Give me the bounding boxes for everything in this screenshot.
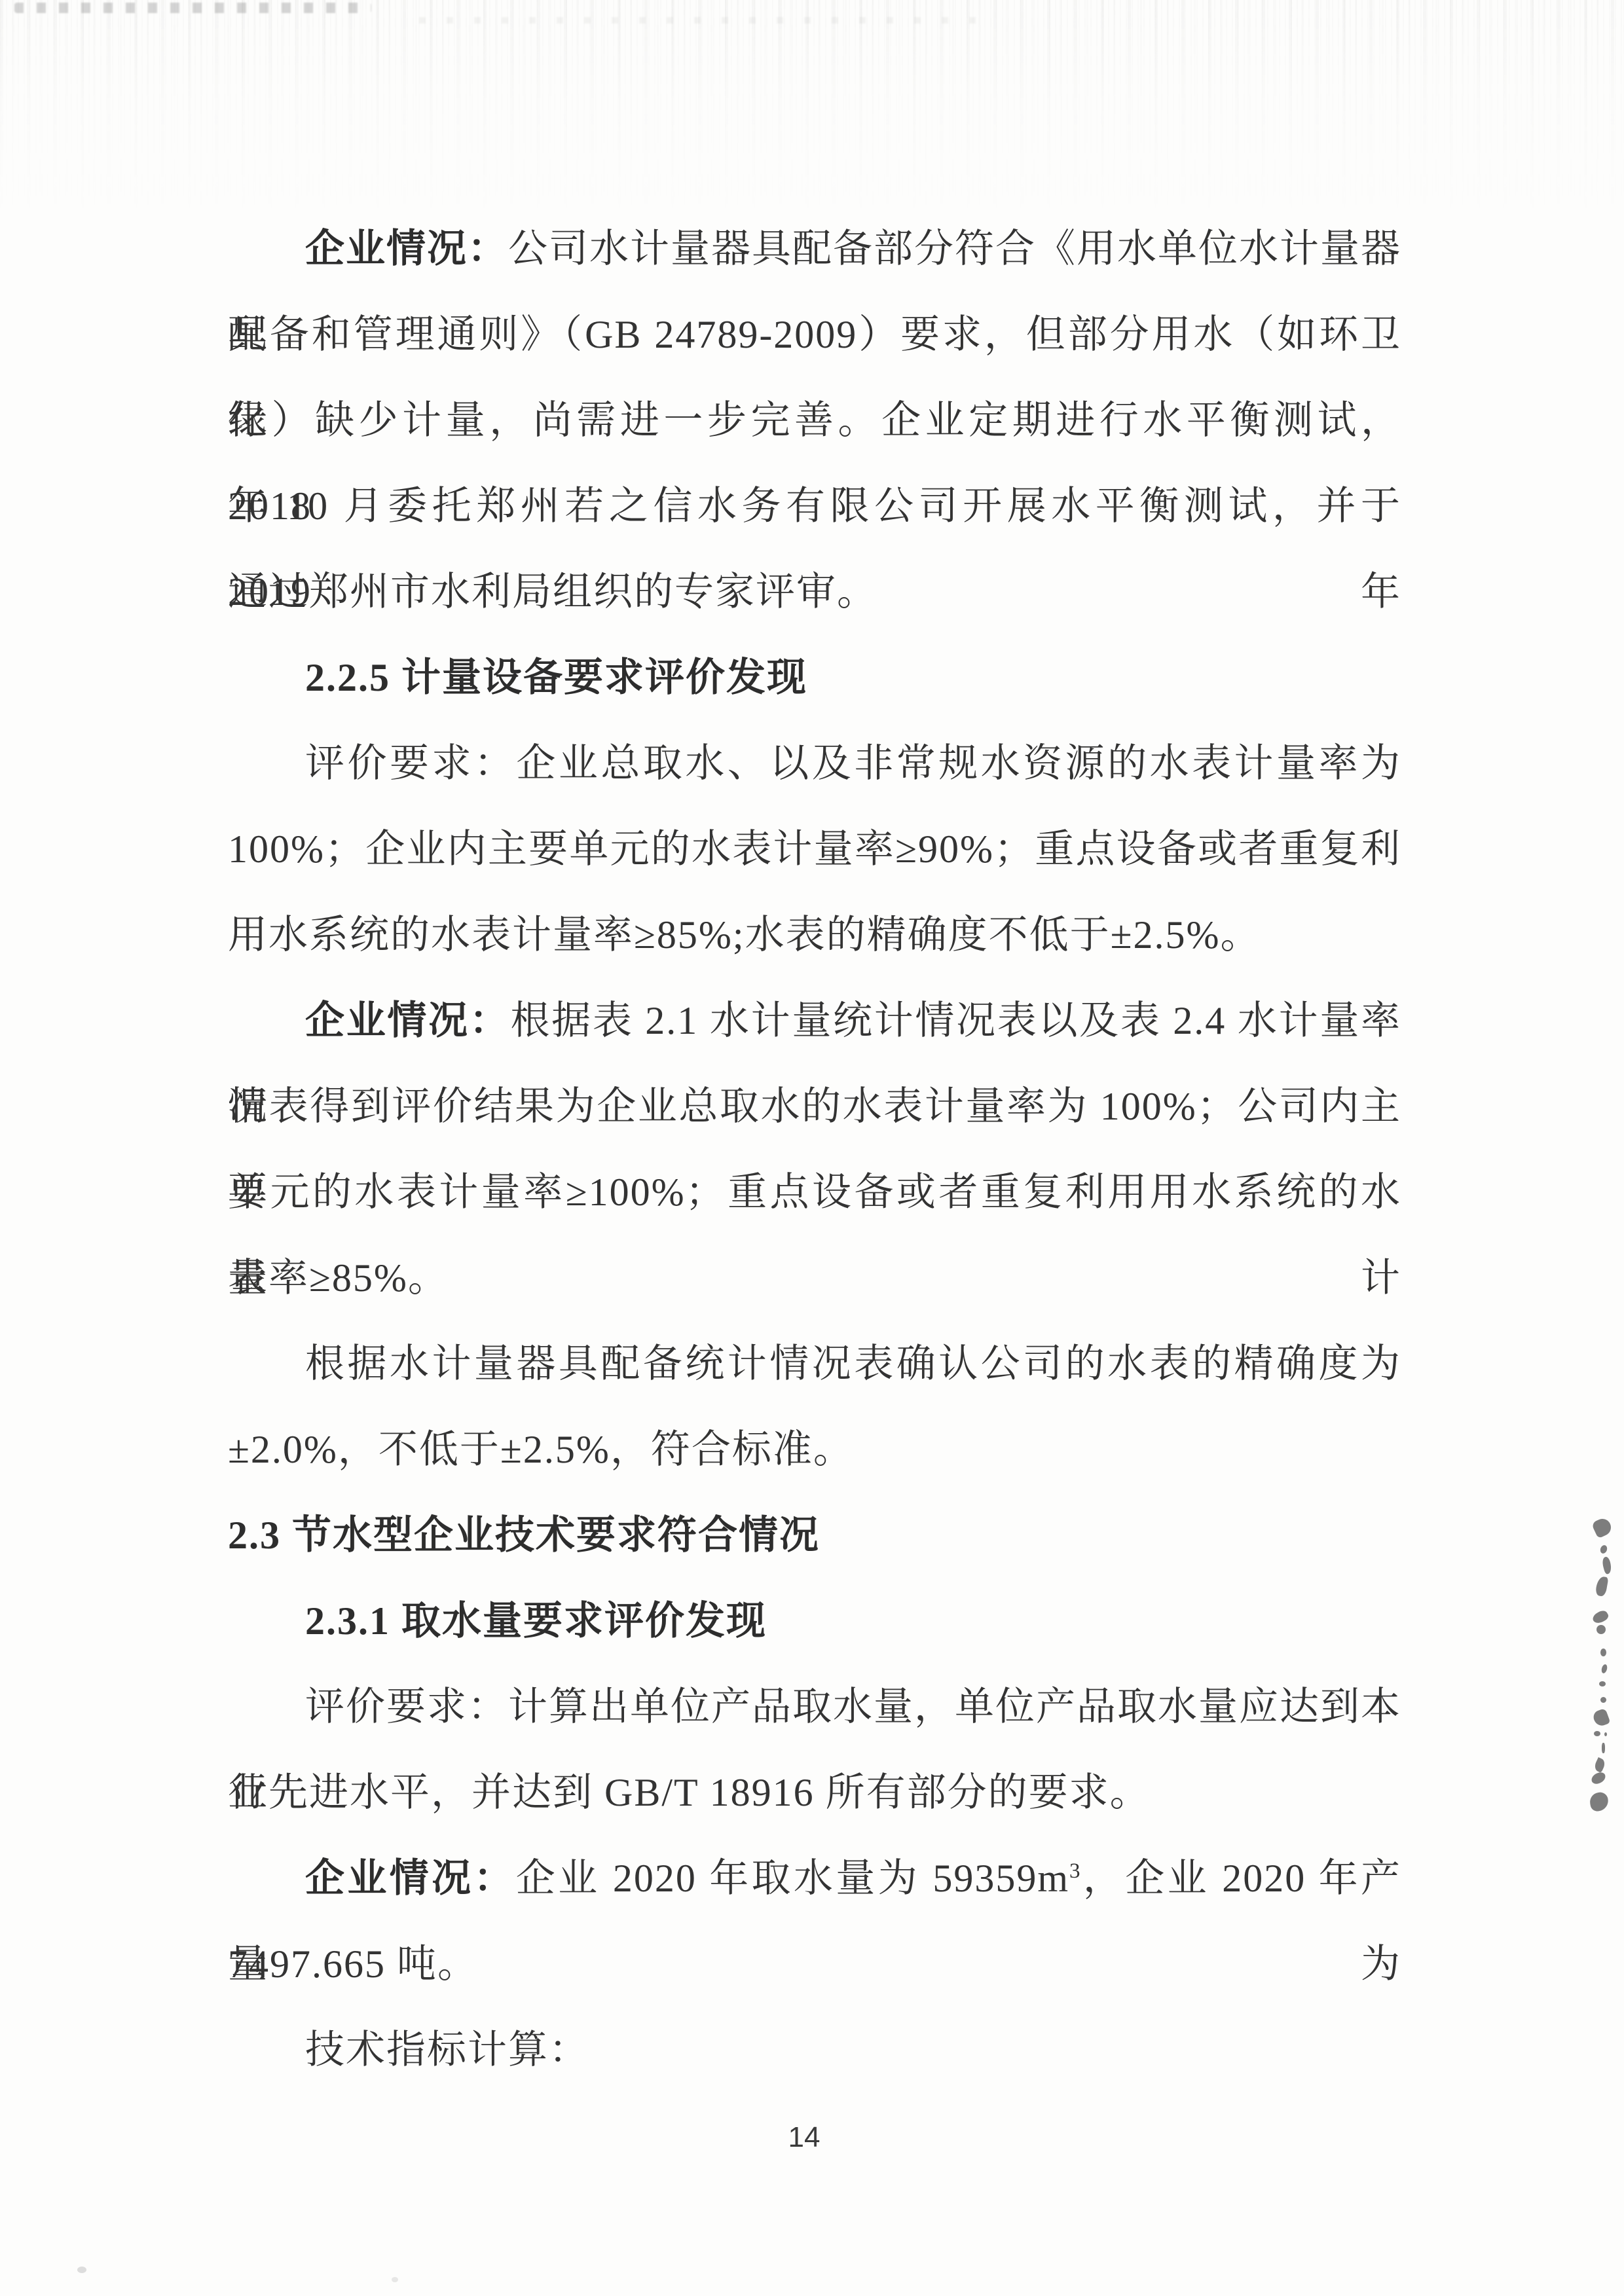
heading-line: 2.3 节水型企业技术要求符合情况 xyxy=(228,1493,1401,1578)
text-line: 100%；企业内主要单元的水表计量率≥90%；重点设备或者重复利用 xyxy=(228,807,1401,892)
heading-line: 2.2.5 计量设备要求评价发现 xyxy=(228,635,1401,721)
text-line: 企业情况：根据表 2.1 水计量统计情况表以及表 2.4 水计量率情 xyxy=(228,978,1401,1064)
handwriting-mark xyxy=(1596,1625,1606,1634)
text-line: 企业情况：公司水计量器具配备部分符合《用水单位水计量器具 xyxy=(228,206,1401,292)
text-segment: ±2.0%，不低于±2.5%，符合标准。 xyxy=(228,1428,854,1471)
handwriting-mark xyxy=(1592,1708,1611,1728)
handwriting-mark xyxy=(1601,1556,1613,1575)
text-segment: 业先进水平，并达到 GB/T 18916 所有部分的要求。 xyxy=(228,1771,1151,1814)
scan-speck xyxy=(392,2277,398,2282)
scan-edge-smudge xyxy=(419,17,995,24)
text-line: 用水系统的水表计量率≥85%;水表的精确度不低于±2.5%。 xyxy=(228,892,1401,978)
handwriting-mark xyxy=(1595,1576,1609,1597)
handwriting-mark xyxy=(1599,1544,1608,1555)
text-segment: 7497.665 吨。 xyxy=(228,1942,478,1986)
handwriting-mark xyxy=(1590,1771,1606,1785)
text-line: 技术指标计算： xyxy=(228,2007,1401,2093)
bold-text-segment: 企业情况： xyxy=(305,1857,516,1900)
scanned-document-page: 企业情况：公司水计量器具配备部分符合《用水单位水计量器具配备和管理通则》（GB … xyxy=(0,0,1624,2296)
handwriting-mark xyxy=(1599,1681,1606,1686)
text-line: 化）缺少计量，尚需进一步完善。企业定期进行水平衡测试，2018 xyxy=(228,378,1401,464)
text-line: 根据水计量器具配备统计情况表确认公司的水表的精确度为 xyxy=(228,1321,1401,1407)
heading-line: 2.3.1 取水量要求评价发现 xyxy=(228,1578,1401,1664)
handwriting-mark xyxy=(1600,1664,1608,1674)
handwriting-mark xyxy=(1591,1609,1610,1626)
text-line: 年 10 月委托郑州若之信水务有限公司开展水平衡测试，并于 2019 年 xyxy=(228,464,1401,549)
text-line: ±2.0%，不低于±2.5%，符合标准。 xyxy=(228,1407,1401,1493)
text-segment: 用水系统的水表计量率≥85%;水表的精确度不低于±2.5%。 xyxy=(228,913,1261,957)
handwriting-mark xyxy=(1600,1649,1606,1656)
text-line: 况表得到评价结果为企业总取水的水表计量率为 100%；公司内主要 xyxy=(228,1064,1401,1150)
handwriting-mark xyxy=(1594,1731,1600,1736)
bold-text-segment: 企业情况： xyxy=(305,227,508,270)
text-line: 评价要求：企业总取水、以及非常规水资源的水表计量率为 xyxy=(228,721,1401,807)
text-segment: 量率≥85%。 xyxy=(228,1256,449,1300)
text-line: 业先进水平，并达到 GB/T 18916 所有部分的要求。 xyxy=(228,1750,1401,1836)
page-number: 14 xyxy=(228,2123,1380,2152)
text-segment: 技术指标计算： xyxy=(305,2028,589,2071)
text-segment: 根据水计量器具配备统计情况表确认公司的水表的精确度为 xyxy=(305,1342,1401,1385)
text-line: 企业情况：企业 2020 年取水量为 59359m3，企业 2020 年产量为 xyxy=(228,1836,1401,1922)
text-segment: 通过郑州市水利局组织的专家评审。 xyxy=(228,570,877,613)
handwriting-mark xyxy=(1600,1697,1606,1703)
handwriting-mark xyxy=(1604,1732,1607,1736)
document-lines: 企业情况：公司水计量器具配备部分符合《用水单位水计量器具配备和管理通则》（GB … xyxy=(228,206,1401,2093)
bold-text-segment: 2.3.1 取水量要求评价发现 xyxy=(305,1599,767,1643)
handwriting-mark xyxy=(1591,1516,1614,1539)
text-line: 评价要求：计算出单位产品取水量，单位产品取水量应达到本行 xyxy=(228,1664,1401,1750)
bold-text-segment: 2.2.5 计量设备要求评价发现 xyxy=(305,656,807,699)
handwriting-mark xyxy=(1593,1757,1606,1773)
scan-speck xyxy=(77,2267,86,2273)
text-segment: 评价要求：企业总取水、以及非常规水资源的水表计量率为 xyxy=(305,742,1401,785)
handwriting-marks xyxy=(1585,1512,1624,1820)
bold-text-segment: 企业情况： xyxy=(305,999,510,1042)
text-line: 配备和管理通则》（GB 24789-2009）要求，但部分用水（如环卫绿 xyxy=(228,292,1401,378)
text-line: 单元的水表计量率≥100%；重点设备或者重复利用用水系统的水表计 xyxy=(228,1150,1401,1235)
handwriting-mark xyxy=(1602,1743,1605,1753)
text-segment: 企业 2020 年取水量为 59359m xyxy=(516,1857,1069,1900)
bold-text-segment: 2.3 节水型企业技术要求符合情况 xyxy=(228,1514,820,1557)
superscript: 3 xyxy=(1069,1859,1082,1883)
scan-edge-smudge xyxy=(14,3,371,13)
scan-noise xyxy=(0,0,1624,216)
handwriting-mark xyxy=(1589,1791,1610,1812)
